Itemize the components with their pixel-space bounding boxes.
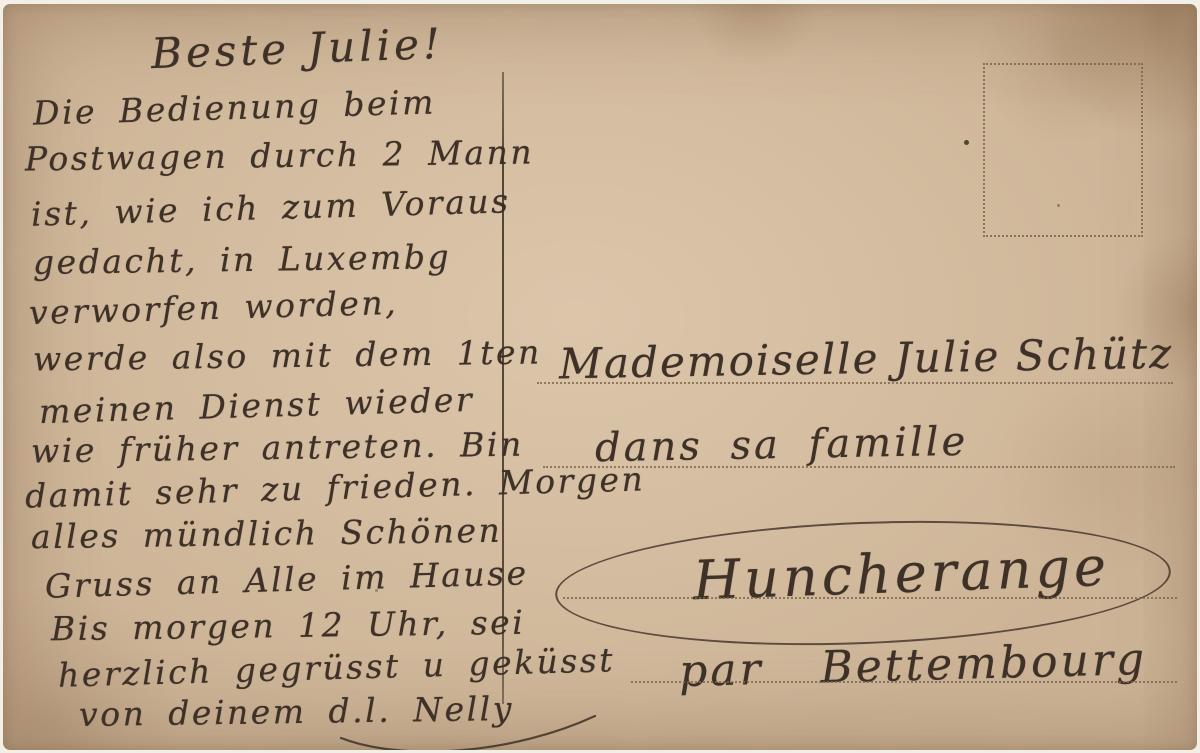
message-line: Die Bedienung beim: [33, 82, 437, 132]
divider-line: [502, 72, 504, 704]
message-line: ist, wie ich zum Voraus: [31, 181, 511, 233]
address-recipient: Mademoiselle Julie Schütz: [559, 329, 1174, 389]
message-line: verworfen worden,: [29, 283, 399, 332]
message-line: meinen Dienst wieder: [39, 380, 475, 431]
ink-speck: [964, 140, 969, 145]
address-routing: par Bettembourg: [678, 634, 1147, 697]
message-line: Postwagen durch 2 Mann: [25, 132, 535, 178]
stamp-box: [983, 63, 1143, 237]
address-dotted-line: [537, 382, 1173, 384]
address-dotted-line: [563, 597, 1177, 599]
message-line: Bis morgen 12 Uhr, sei: [51, 603, 526, 649]
ink-speck: [1057, 204, 1060, 207]
message-salutation: Beste Julie!: [150, 19, 444, 78]
signature-flourish: [333, 710, 603, 750]
address-dotted-line: [543, 466, 1175, 468]
message-line: alles mündlich Schönen: [31, 511, 503, 557]
message-line: gedacht, in Luxembg: [33, 237, 452, 282]
message-line: herzlich gegrüsst u geküsst: [58, 640, 616, 695]
address-line-2: dans sa famille: [595, 419, 969, 472]
message-line: werde also mit dem 1ten: [33, 332, 542, 378]
message-line: Gruss an Alle im Hause: [45, 553, 530, 605]
ink-speck: [375, 589, 378, 592]
message-line: wie früher antreten. Bin: [31, 425, 524, 471]
postcard: Beste Julie! Die Bedienung beim Postwage…: [3, 4, 1197, 750]
address-dotted-line: [631, 681, 1177, 683]
